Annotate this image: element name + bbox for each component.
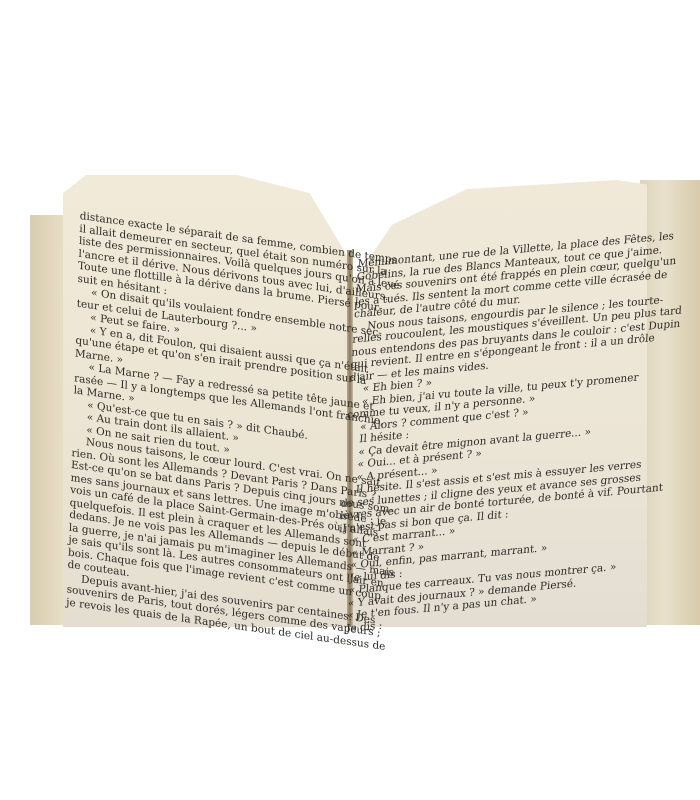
open-book-photo: distance exacte le séparait de sa femme,…: [0, 0, 700, 800]
right-page-text: Ménilmontant, une rue de la Villette, la…: [332, 229, 688, 636]
